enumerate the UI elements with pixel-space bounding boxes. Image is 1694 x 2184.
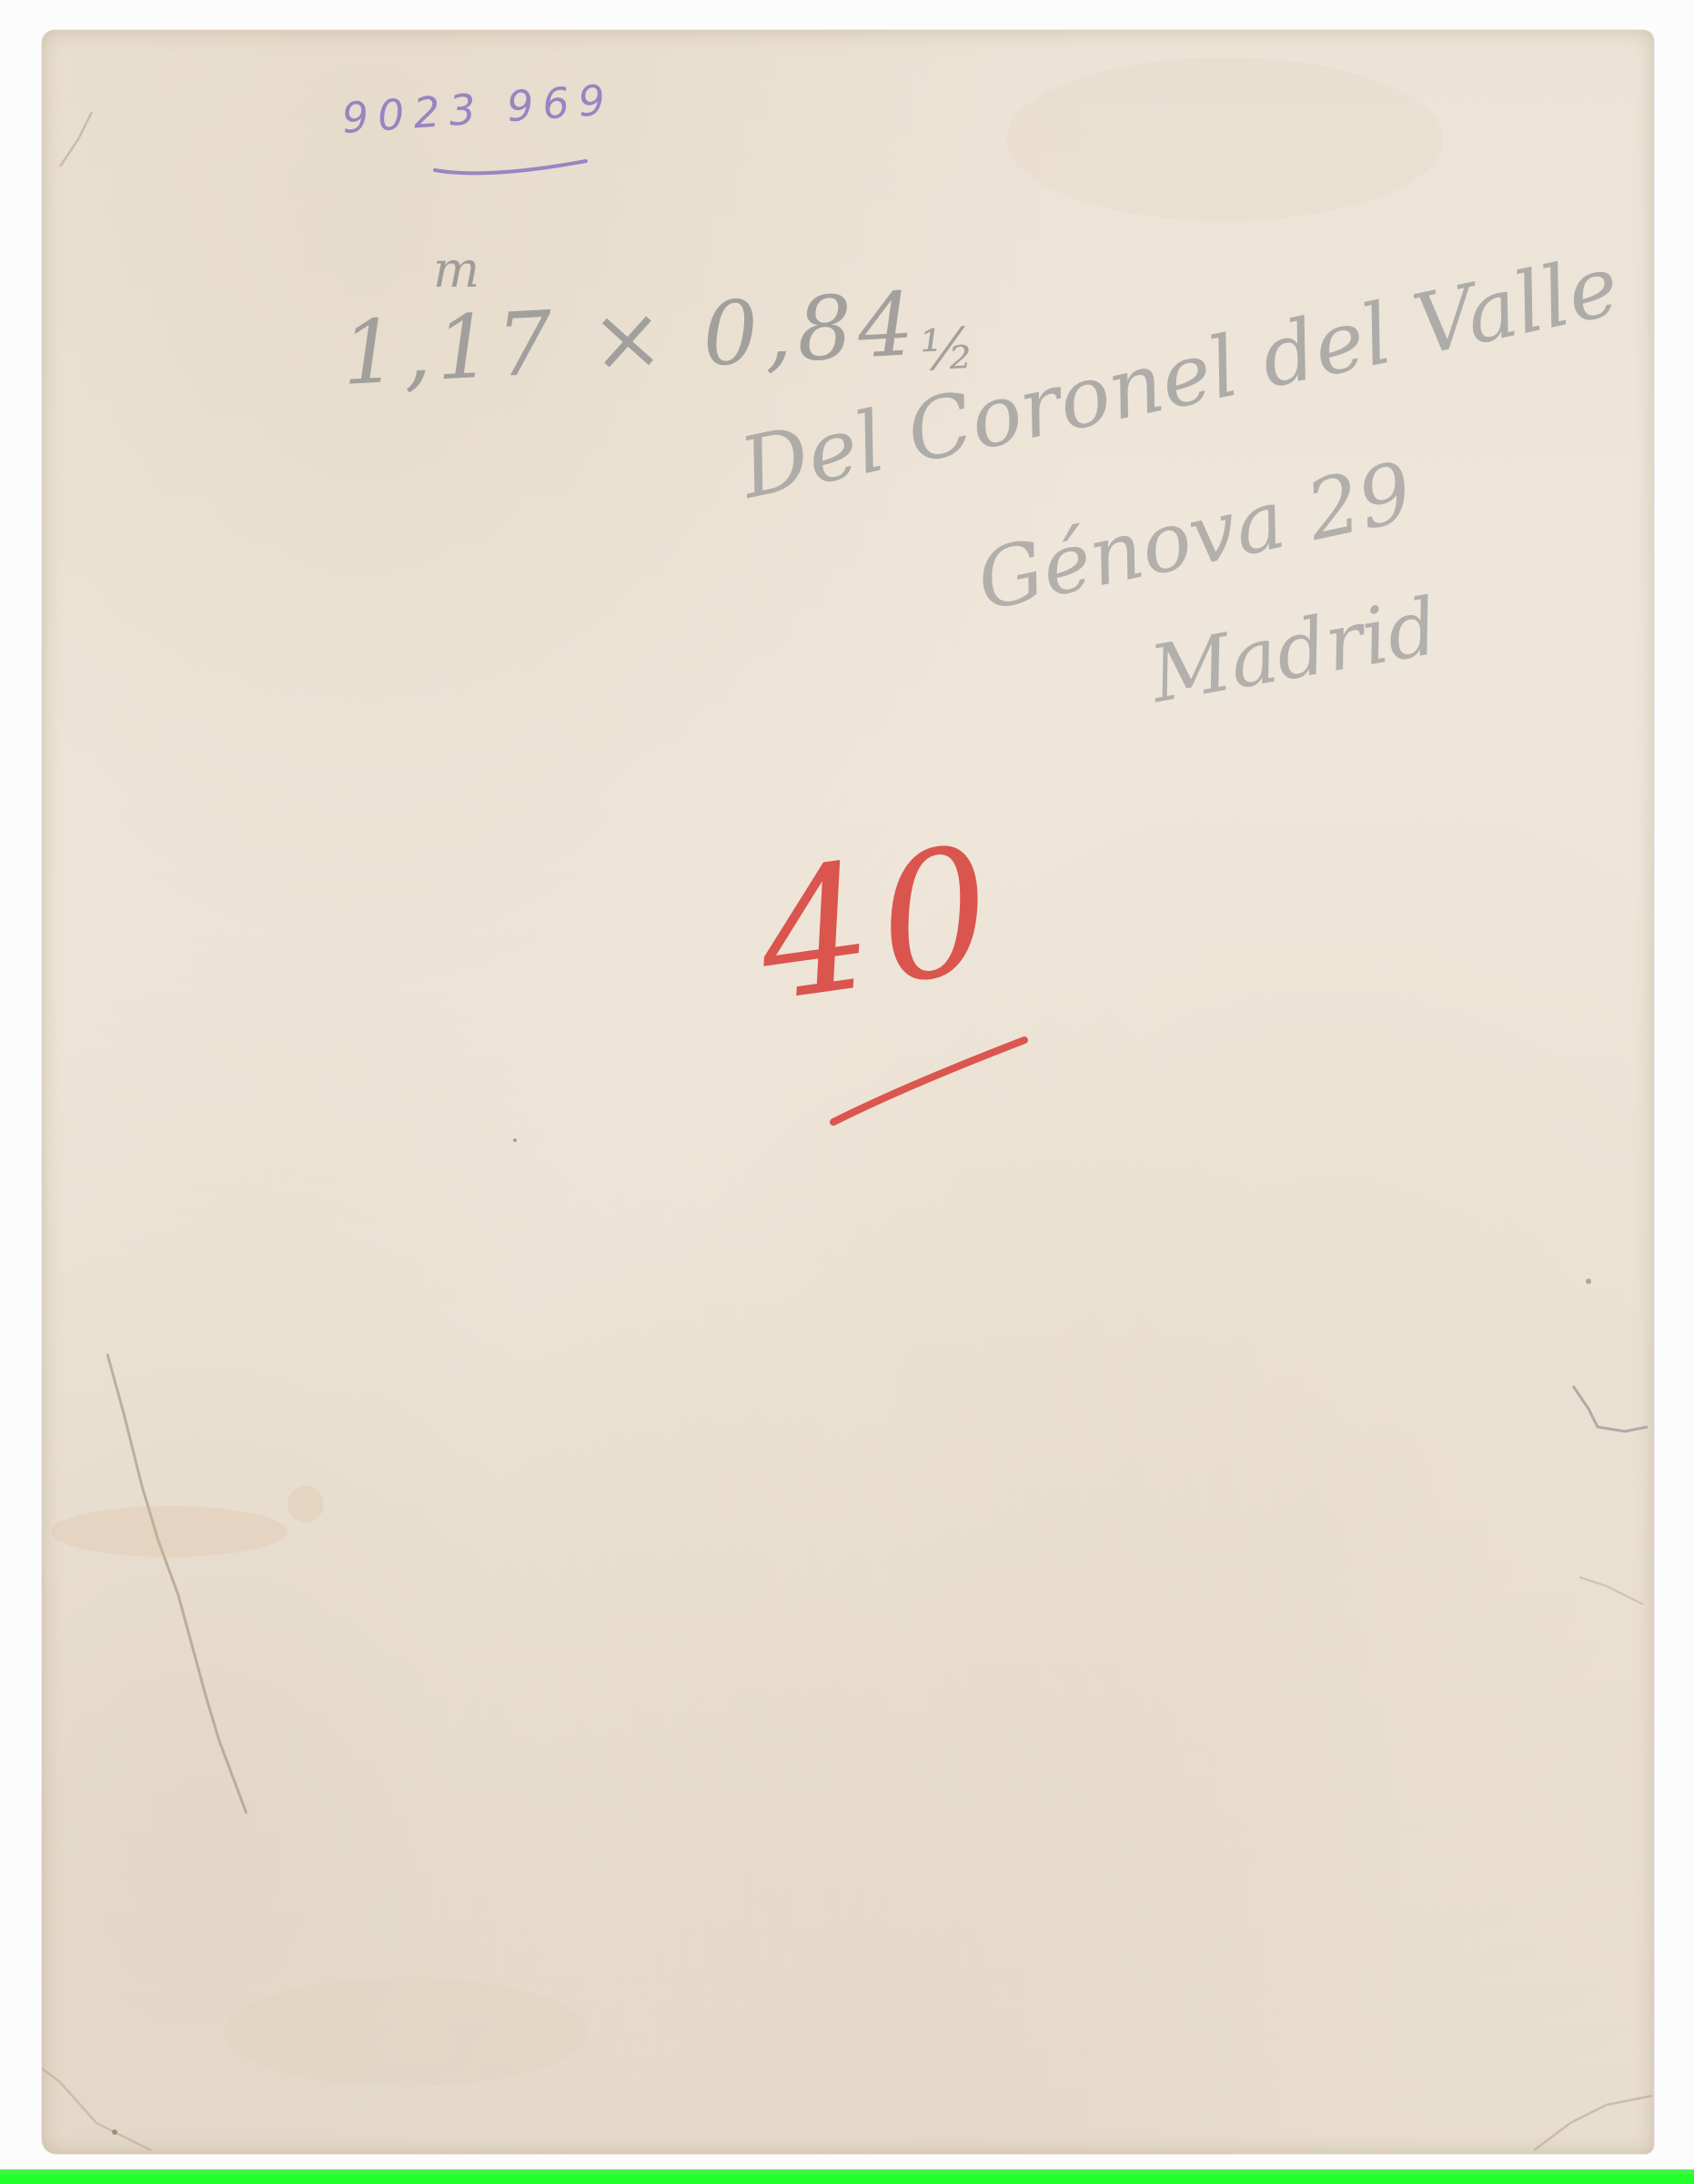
catalogue-number: 40 <box>747 807 1014 1040</box>
unit-mark: m <box>433 241 479 298</box>
scan-background: 9023 969 m 1,17 × 0,84½ Del Coronel del … <box>0 0 1694 2184</box>
scan-calibration-bar <box>0 2169 1694 2184</box>
inventory-number: 9023 969 <box>340 75 616 143</box>
paper-card: 9023 969 m 1,17 × 0,84½ Del Coronel del … <box>42 30 1654 2154</box>
owner-city: Madrid <box>1144 581 1445 722</box>
inventory-underline <box>433 157 588 179</box>
check-mark-icon <box>824 1031 1034 1131</box>
dimensions-value: 1,17 × 0,84 <box>339 273 922 405</box>
